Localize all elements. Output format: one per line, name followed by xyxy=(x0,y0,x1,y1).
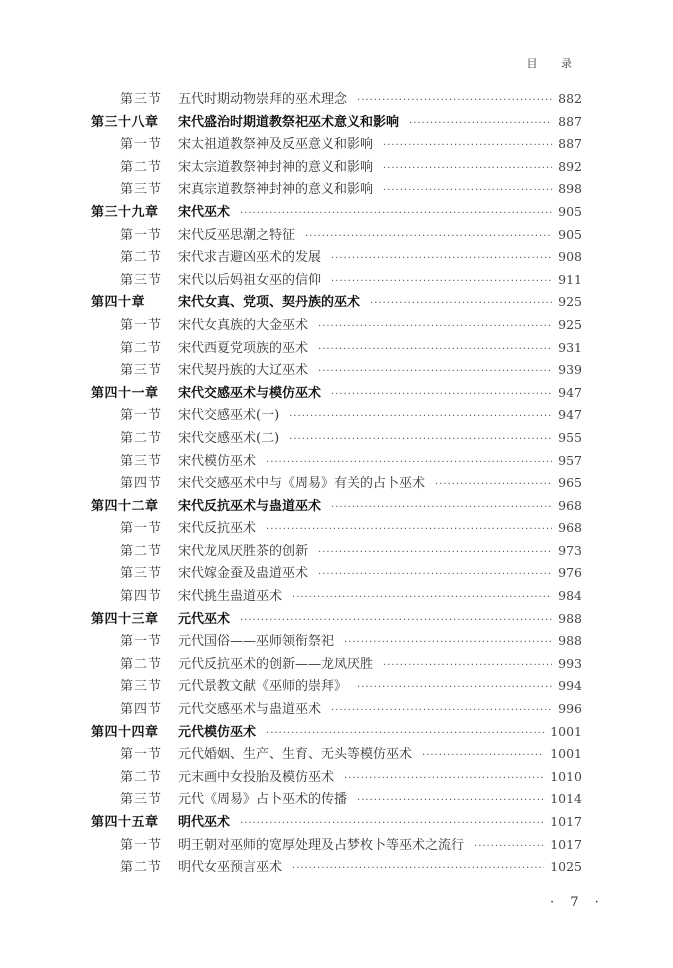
dot-leader xyxy=(383,655,552,678)
toc-entry-title: 五代时期动物崇拜的巫术理念 xyxy=(178,89,347,112)
toc-chapter-entry: 第四十二章宋代反抗巫术与蛊道巫术968 xyxy=(91,495,582,518)
toc-entry-label: 第二节 xyxy=(120,857,178,880)
toc-entry-page: 925 xyxy=(558,314,582,337)
toc-section-entry: 第二节元末画中女投胎及模仿巫术1010 xyxy=(91,766,582,789)
toc-entry-label: 第二节 xyxy=(120,157,178,180)
dot-leader xyxy=(240,203,552,226)
toc-chapter-entry: 第四十章宋代女真、党项、契丹族的巫术925 xyxy=(91,291,582,314)
toc-entry-title: 宋代龙凤厌胜茶的创新 xyxy=(178,541,308,564)
toc-entry-page: 968 xyxy=(558,495,582,518)
toc-entry-title: 元代巫术 xyxy=(178,609,230,632)
toc-entry-label: 第二节 xyxy=(120,654,178,677)
toc-section-entry: 第三节宋真宗道教祭神封神的意义和影响898 xyxy=(91,178,582,201)
dot-leader xyxy=(357,90,552,113)
toc-entry-page: 1025 xyxy=(550,856,582,879)
dot-leader xyxy=(292,858,544,881)
toc-section-entry: 第四节宋代挑生蛊道巫术984 xyxy=(91,585,582,608)
toc-entry-page: 905 xyxy=(558,224,582,247)
toc-entry-label: 第四十四章 xyxy=(91,722,178,745)
toc-entry-title: 宋代求吉避凶巫术的发展 xyxy=(178,247,321,270)
dot-leader xyxy=(435,474,552,497)
toc-entry-label: 第三节 xyxy=(120,89,178,112)
toc-entry-label: 第三节 xyxy=(120,179,178,202)
toc-entry-page: 1014 xyxy=(550,788,582,811)
toc-entry-label: 第一节 xyxy=(120,518,178,541)
toc-section-entry: 第二节宋代西夏党项族的巫术931 xyxy=(91,337,582,360)
toc-entry-title: 元代景教文献《巫师的崇拜》 xyxy=(178,676,347,699)
toc-entry-label: 第二节 xyxy=(120,247,178,270)
toc-entry-label: 第一节 xyxy=(120,835,178,858)
toc-entry-title: 宋代盛治时期道教祭祀巫术意义和影响 xyxy=(178,112,399,135)
toc-entry-page: 911 xyxy=(558,269,582,292)
toc-section-entry: 第二节宋代求吉避凶巫术的发展908 xyxy=(91,246,582,269)
toc-entry-label: 第三节 xyxy=(120,451,178,474)
dot-leader xyxy=(318,361,552,384)
toc-entry-title: 明代女巫预言巫术 xyxy=(178,857,282,880)
dot-leader xyxy=(331,271,552,294)
toc-entry-label: 第一节 xyxy=(120,405,178,428)
toc-chapter-entry: 第四十四章元代模仿巫术1001 xyxy=(91,721,582,744)
dot-leader xyxy=(240,610,552,633)
dot-leader xyxy=(318,339,552,362)
dot-leader xyxy=(370,293,552,316)
dot-leader xyxy=(331,700,552,723)
toc-entry-page: 908 xyxy=(558,246,582,269)
toc-entry-title: 元代婚姻、生产、生育、无头等模仿巫术 xyxy=(178,744,412,767)
toc-entry-page: 988 xyxy=(558,608,582,631)
toc-entry-page: 968 xyxy=(558,517,582,540)
toc-section-entry: 第二节明代女巫预言巫术1025 xyxy=(91,856,582,879)
toc-entry-page: 939 xyxy=(558,359,582,382)
toc-entry-label: 第四十五章 xyxy=(91,812,178,835)
toc-entry-page: 892 xyxy=(558,156,582,179)
toc-section-entry: 第一节宋代交感巫术(一)947 xyxy=(91,404,582,427)
toc-entry-page: 973 xyxy=(558,540,582,563)
toc-entry-label: 第二节 xyxy=(120,338,178,361)
toc-entry-label: 第三节 xyxy=(120,563,178,586)
dot-leader xyxy=(266,452,552,475)
toc-entry-page: 976 xyxy=(558,562,582,585)
dot-leader xyxy=(331,497,552,520)
toc-chapter-entry: 第三十九章宋代巫术905 xyxy=(91,201,582,224)
toc-entry-label: 第三节 xyxy=(120,789,178,812)
toc-entry-label: 第四十三章 xyxy=(91,609,178,632)
toc-entry-page: 965 xyxy=(558,472,582,495)
toc-section-entry: 第一节宋代反巫思潮之特征905 xyxy=(91,224,582,247)
toc-entry-label: 第三十八章 xyxy=(91,112,178,135)
toc-entry-page: 898 xyxy=(558,178,582,201)
toc-entry-title: 宋代反抗巫术与蛊道巫术 xyxy=(178,496,321,519)
toc-entry-label: 第四十章 xyxy=(91,292,178,315)
toc-entry-page: 994 xyxy=(558,675,582,698)
toc-entry-page: 1017 xyxy=(550,834,582,857)
dot-leader xyxy=(383,135,552,158)
toc-entry-page: 957 xyxy=(558,450,582,473)
toc-entry-page: 988 xyxy=(558,630,582,653)
dot-leader xyxy=(318,316,552,339)
toc-entry-label: 第四十一章 xyxy=(91,383,178,406)
toc-entry-label: 第一节 xyxy=(120,225,178,248)
toc-section-entry: 第二节宋代龙凤厌胜茶的创新973 xyxy=(91,540,582,563)
toc-entry-title: 元代国俗——巫师领衔祭祀 xyxy=(178,631,334,654)
dot-leader xyxy=(318,564,552,587)
toc-entry-title: 元代《周易》占卜巫术的传播 xyxy=(178,789,347,812)
page-number: · 7 · xyxy=(550,895,605,910)
toc-entry-label: 第三十九章 xyxy=(91,202,178,225)
toc-section-entry: 第二节宋太宗道教祭神封神的意义和影响892 xyxy=(91,156,582,179)
dot-leader xyxy=(344,768,544,791)
toc-entry-title: 宋代交感巫术(二) xyxy=(178,428,279,451)
toc-entry-page: 1001 xyxy=(550,721,582,744)
toc-chapter-entry: 第三十八章宋代盛治时期道教祭祀巫术意义和影响887 xyxy=(91,111,582,134)
toc-entry-label: 第四节 xyxy=(120,699,178,722)
toc-entry-page: 887 xyxy=(558,111,582,134)
toc-entry-label: 第四十二章 xyxy=(91,496,178,519)
toc-entry-label: 第二节 xyxy=(120,767,178,790)
dot-leader xyxy=(357,677,552,700)
toc-section-entry: 第三节宋代模仿巫术957 xyxy=(91,450,582,473)
dot-leader xyxy=(331,384,552,407)
toc-entry-title: 宋代西夏党项族的巫术 xyxy=(178,338,308,361)
toc-entry-page: 996 xyxy=(558,698,582,721)
toc-entry-title: 宋代反巫思潮之特征 xyxy=(178,225,295,248)
toc-section-entry: 第一节宋代女真族的大金巫术925 xyxy=(91,314,582,337)
dot-leader xyxy=(240,813,544,836)
toc-entry-title: 元代反抗巫术的创新——龙凤厌胜 xyxy=(178,654,373,677)
toc-chapter-entry: 第四十一章宋代交感巫术与模仿巫术947 xyxy=(91,382,582,405)
toc-entry-title: 宋太宗道教祭神封神的意义和影响 xyxy=(178,157,373,180)
toc-entry-page: 984 xyxy=(558,585,582,608)
toc-entry-label: 第一节 xyxy=(120,134,178,157)
toc-entry-title: 元代模仿巫术 xyxy=(178,722,256,745)
toc-section-entry: 第三节宋代嫁金蚕及蛊道巫术976 xyxy=(91,562,582,585)
dot-leader xyxy=(422,745,544,768)
dot-leader xyxy=(474,836,544,859)
toc-section-entry: 第二节元代反抗巫术的创新——龙凤厌胜993 xyxy=(91,653,582,676)
dot-leader xyxy=(331,248,552,271)
toc-entry-label: 第三节 xyxy=(120,270,178,293)
toc-entry-title: 宋太祖道教祭神及反巫意义和影响 xyxy=(178,134,373,157)
toc-entry-title: 元末画中女投胎及模仿巫术 xyxy=(178,767,334,790)
dot-leader xyxy=(383,158,552,181)
toc-section-entry: 第一节宋太祖道教祭神及反巫意义和影响887 xyxy=(91,133,582,156)
toc-entry-page: 947 xyxy=(558,382,582,405)
dot-leader xyxy=(289,429,552,452)
toc-entry-title: 宋代交感巫术与模仿巫术 xyxy=(178,383,321,406)
toc-entry-page: 887 xyxy=(558,133,582,156)
toc-entry-label: 第一节 xyxy=(120,744,178,767)
toc-entry-label: 第一节 xyxy=(120,315,178,338)
dot-leader xyxy=(305,226,552,249)
toc-entry-label: 第三节 xyxy=(120,360,178,383)
toc-entry-page: 947 xyxy=(558,404,582,427)
toc-entry-title: 宋代女真族的大金巫术 xyxy=(178,315,308,338)
dot-leader xyxy=(266,723,544,746)
running-head: 目 录 xyxy=(527,55,583,71)
dot-leader xyxy=(409,113,552,136)
dot-leader xyxy=(344,632,552,655)
toc-section-entry: 第三节元代景教文献《巫师的崇拜》994 xyxy=(91,675,582,698)
dot-leader xyxy=(318,542,552,565)
toc-chapter-entry: 第四十五章明代巫术1017 xyxy=(91,811,582,834)
dot-leader xyxy=(266,519,552,542)
toc-entry-page: 1017 xyxy=(550,811,582,834)
toc-entry-title: 宋代以后妈祖女巫的信仰 xyxy=(178,270,321,293)
toc-entry-page: 925 xyxy=(558,291,582,314)
toc-entry-label: 第四节 xyxy=(120,473,178,496)
toc-entry-title: 明王朝对巫师的宽厚处理及占梦枚卜等巫术之流行 xyxy=(178,835,464,858)
toc-entry-page: 1001 xyxy=(550,743,582,766)
dot-leader xyxy=(383,180,552,203)
toc-section-entry: 第三节元代《周易》占卜巫术的传播1014 xyxy=(91,788,582,811)
toc-entry-title: 宋代嫁金蚕及蛊道巫术 xyxy=(178,563,308,586)
toc-entry-title: 宋代挑生蛊道巫术 xyxy=(178,586,282,609)
toc-entry-page: 1010 xyxy=(550,766,582,789)
toc-entry-title: 元代交感巫术与蛊道巫术 xyxy=(178,699,321,722)
toc-entry-title: 宋代女真、党项、契丹族的巫术 xyxy=(178,292,360,315)
toc-entry-title: 宋真宗道教祭神封神的意义和影响 xyxy=(178,179,373,202)
toc-chapter-entry: 第四十三章元代巫术988 xyxy=(91,608,582,631)
toc-entry-title: 宋代交感巫术中与《周易》有关的占卜巫术 xyxy=(178,473,425,496)
toc-entry-title: 宋代交感巫术(一) xyxy=(178,405,279,428)
toc-section-entry: 第一节明王朝对巫师的宽厚处理及占梦枚卜等巫术之流行1017 xyxy=(91,834,582,857)
toc-entry-label: 第一节 xyxy=(120,631,178,654)
toc-section-entry: 第二节宋代交感巫术(二)955 xyxy=(91,427,582,450)
toc-entry-label: 第四节 xyxy=(120,586,178,609)
toc-section-entry: 第四节元代交感巫术与蛊道巫术996 xyxy=(91,698,582,721)
toc-entry-page: 955 xyxy=(558,427,582,450)
toc-entry-label: 第三节 xyxy=(120,676,178,699)
toc-entry-page: 905 xyxy=(558,201,582,224)
dot-leader xyxy=(292,587,552,610)
toc-entry-page: 931 xyxy=(558,337,582,360)
dot-leader xyxy=(289,406,552,429)
dot-leader xyxy=(357,790,544,813)
toc-section-entry: 第三节宋代以后妈祖女巫的信仰911 xyxy=(91,269,582,292)
table-of-contents: 第三节五代时期动物崇拜的巫术理念882第三十八章宋代盛治时期道教祭祀巫术意义和影… xyxy=(91,88,582,879)
toc-entry-title: 宋代巫术 xyxy=(178,202,230,225)
toc-entry-label: 第二节 xyxy=(120,428,178,451)
toc-entry-title: 宋代反抗巫术 xyxy=(178,518,256,541)
toc-entry-title: 宋代契丹族的大辽巫术 xyxy=(178,360,308,383)
toc-section-entry: 第三节宋代契丹族的大辽巫术939 xyxy=(91,359,582,382)
toc-section-entry: 第三节五代时期动物崇拜的巫术理念882 xyxy=(91,88,582,111)
toc-entry-title: 宋代模仿巫术 xyxy=(178,451,256,474)
toc-section-entry: 第四节宋代交感巫术中与《周易》有关的占卜巫术965 xyxy=(91,472,582,495)
toc-entry-page: 882 xyxy=(558,88,582,111)
toc-section-entry: 第一节元代国俗——巫师领衔祭祀988 xyxy=(91,630,582,653)
toc-entry-page: 993 xyxy=(558,653,582,676)
toc-section-entry: 第一节元代婚姻、生产、生育、无头等模仿巫术1001 xyxy=(91,743,582,766)
toc-entry-label: 第二节 xyxy=(120,541,178,564)
toc-entry-title: 明代巫术 xyxy=(178,812,230,835)
toc-section-entry: 第一节宋代反抗巫术968 xyxy=(91,517,582,540)
